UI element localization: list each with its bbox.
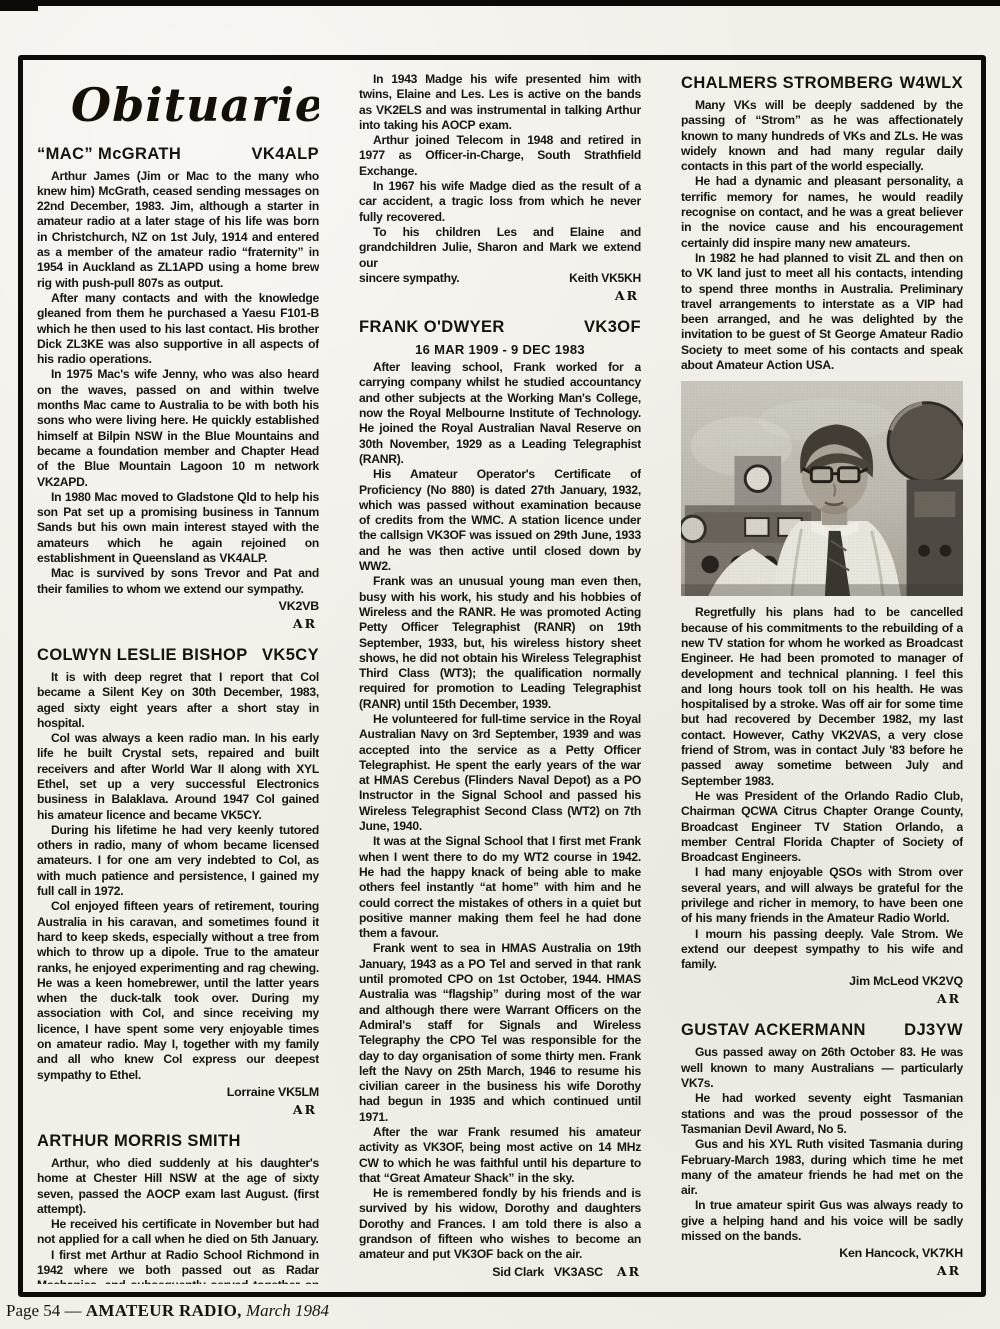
- footer-issue-date: March 1984: [242, 1301, 329, 1320]
- ar-end-mark-icon: AR: [617, 1264, 641, 1280]
- obituary-paragraph: After many contacts and with the knowled…: [37, 291, 319, 367]
- obituary-paragraph: Regretfully his plans had to be cancelle…: [681, 605, 963, 789]
- obituary-paragraph: He had a dynamic and pleasant personalit…: [681, 174, 963, 250]
- obituary-heading: COLWYN LESLIE BISHOPVK5CY: [37, 646, 319, 665]
- signature-row: VK2VB: [37, 598, 319, 614]
- obituary-body: Arthur James (Jim or Mac to the many who…: [37, 169, 319, 597]
- obituary-callsign: W4WLX: [900, 74, 963, 93]
- obituary-heading: FRANK O'DWYERVK3OF: [359, 318, 641, 337]
- signature: Jim McLeod VK2VQ: [849, 974, 963, 988]
- obituary-paragraph: Arthur James (Jim or Mac to the many who…: [37, 169, 319, 291]
- paragraph-with-signature: sincere sympathy.Keith VK5KH: [359, 271, 641, 286]
- obituary-paragraph: He volunteered for full-time service in …: [359, 712, 641, 834]
- column-left: Obituaries“MAC” McGRATHVK4ALPArthur Jame…: [37, 72, 319, 1284]
- obituary-paragraph: It was at the Signal School that I first…: [359, 834, 641, 941]
- obituary-title: FRANK O'DWYER: [359, 318, 505, 337]
- ar-end-line: AR: [681, 990, 961, 1007]
- obituary-callsign: VK5CY: [262, 646, 319, 665]
- obituary-paragraph: I first met Arthur at Radio School Richm…: [37, 1248, 319, 1284]
- paragraph-tail: sincere sympathy.: [359, 271, 459, 286]
- obituary-paragraph: After the war Frank resumed his amateur …: [359, 1125, 641, 1186]
- obituary-paragraph: He received his certificate in November …: [37, 1217, 319, 1248]
- obituary-callsign: VK4ALP: [252, 145, 320, 164]
- obituary-dates: 16 MAR 1909 - 9 DEC 1983: [359, 342, 641, 357]
- obituary-paragraph: Frank was an unusual young man even then…: [359, 574, 641, 712]
- obituary-paragraph: In 1980 Mac moved to Gladstone Qld to he…: [37, 490, 319, 566]
- stromberg-photo-illustration: [681, 381, 963, 596]
- footer-magazine-title: AMATEUR RADIO,: [86, 1301, 242, 1320]
- obituary-paragraph: Col was always a keen radio man. In his …: [37, 731, 319, 823]
- obituary-callsign: VK3OF: [584, 318, 641, 337]
- obituary-heading: GUSTAV ACKERMANNDJ3YW: [681, 1021, 963, 1040]
- obituary-paragraph: Many VKs will be deeply saddened by the …: [681, 98, 963, 174]
- obituary-heading: CHALMERS STROMBERGW4WLX: [681, 74, 963, 93]
- obituary-paragraph: Frank went to sea in HMAS Australia on 1…: [359, 941, 641, 1125]
- obituary-paragraph: In 1982 he had planned to visit ZL and t…: [681, 251, 963, 373]
- signature-row: Jim McLeod VK2VQ: [681, 973, 963, 989]
- obituary-paragraph: During his lifetime he had very keenly t…: [37, 823, 319, 899]
- obituary-title: “MAC” McGRATH: [37, 145, 181, 164]
- signature-row: Sid Clark VK3ASCAR: [359, 1264, 641, 1280]
- obituaries-page-frame: Obituaries“MAC” McGRATHVK4ALPArthur Jame…: [18, 55, 986, 1297]
- obituary-heading: “MAC” McGRATHVK4ALP: [37, 145, 319, 164]
- obituary-paragraph: Mac is survived by sons Trevor and Pat a…: [37, 566, 319, 597]
- obituary-body: Regretfully his plans had to be cancelle…: [681, 605, 963, 972]
- obituary-paragraph: Arthur joined Telecom in 1948 and retire…: [359, 133, 641, 179]
- obituary-paragraph: Col enjoyed fifteen years of retirement,…: [37, 899, 319, 1083]
- ar-end-line: AR: [37, 615, 317, 632]
- signature: Lorraine VK5LM: [227, 1085, 319, 1099]
- page-top-corner-mark: [0, 0, 38, 11]
- page-top-rule: [0, 0, 1000, 6]
- column-middle: In 1943 Madge his wife presented him wit…: [359, 72, 641, 1284]
- obituary-paragraph: It is with deep regret that I report tha…: [37, 670, 319, 731]
- obituary-paragraph: His Amateur Operator's Certificate of Pr…: [359, 467, 641, 574]
- ar-end-line: AR: [359, 287, 639, 304]
- obituary-body: Many VKs will be deeply saddened by the …: [681, 98, 963, 373]
- ar-end-mark-icon: AR: [615, 287, 639, 304]
- section-title: Obituaries: [71, 80, 319, 131]
- column-right: CHALMERS STROMBERGW4WLXMany VKs will be …: [681, 72, 963, 1284]
- obituary-heading: ARTHUR MORRIS SMITH: [37, 1132, 319, 1151]
- obituary-title: CHALMERS STROMBERG: [681, 74, 894, 93]
- obituary-photo: [681, 381, 963, 596]
- obituary-paragraph: In 1975 Mac's wife Jenny, who was also h…: [37, 367, 319, 489]
- page-footer: Page 54 — AMATEUR RADIO, March 1984: [6, 1301, 606, 1321]
- obituary-paragraph: I mourn his passing deeply. Vale Strom. …: [681, 927, 963, 973]
- ar-end-mark-icon: AR: [937, 990, 961, 1007]
- obituary-paragraph: He was President of the Orlando Radio Cl…: [681, 789, 963, 865]
- obituary-paragraph: He had worked seventy eight Tasmanian st…: [681, 1091, 963, 1137]
- obituary-body: Gus passed away on 26th October 83. He w…: [681, 1045, 963, 1244]
- obituary-paragraph: Arthur, who died suddenly at his daughte…: [37, 1156, 319, 1217]
- obituary-paragraph: Gus and his XYL Ruth visited Tasmania du…: [681, 1137, 963, 1198]
- obituary-title: GUSTAV ACKERMANN: [681, 1021, 866, 1040]
- obituary-title: COLWYN LESLIE BISHOP: [37, 646, 248, 665]
- signature: Sid Clark VK3ASC: [492, 1265, 603, 1279]
- obituary-paragraph: Gus passed away on 26th October 83. He w…: [681, 1045, 963, 1091]
- footer-page-number: Page 54 —: [6, 1301, 86, 1320]
- signature: Ken Hancock, VK7KH: [839, 1246, 963, 1260]
- obituary-body: Arthur, who died suddenly at his daughte…: [37, 1156, 319, 1284]
- signature: VK2VB: [279, 599, 319, 613]
- obituary-callsign: DJ3YW: [904, 1021, 963, 1040]
- obituary-body: After leaving school, Frank worked for a…: [359, 360, 641, 1263]
- ar-end-line: AR: [681, 1262, 961, 1279]
- ar-end-mark-icon: AR: [293, 615, 317, 632]
- ar-end-mark-icon: AR: [293, 1101, 317, 1118]
- obituary-paragraph: After leaving school, Frank worked for a…: [359, 360, 641, 467]
- signature-row: Ken Hancock, VK7KH: [681, 1245, 963, 1261]
- obituary-body: In 1943 Madge his wife presented him wit…: [359, 72, 641, 286]
- obituary-paragraph: To his children Les and Elaine and grand…: [359, 225, 641, 271]
- obituary-title: ARTHUR MORRIS SMITH: [37, 1132, 241, 1151]
- signature: Keith VK5KH: [569, 271, 641, 286]
- obituary-paragraph: In 1943 Madge his wife presented him wit…: [359, 72, 641, 133]
- ar-end-line: AR: [37, 1101, 317, 1118]
- obituary-paragraph: In 1967 his wife Madge died as the resul…: [359, 179, 641, 225]
- ar-end-mark-icon: AR: [937, 1262, 961, 1279]
- obituary-paragraph: I had many enjoyable QSOs with Strom ove…: [681, 865, 963, 926]
- obituary-paragraph: In true amateur spirit Gus was always re…: [681, 1198, 963, 1244]
- obituary-body: It is with deep regret that I report tha…: [37, 670, 319, 1083]
- signature-row: Lorraine VK5LM: [37, 1084, 319, 1100]
- obituary-paragraph: He is remembered fondly by his friends a…: [359, 1186, 641, 1262]
